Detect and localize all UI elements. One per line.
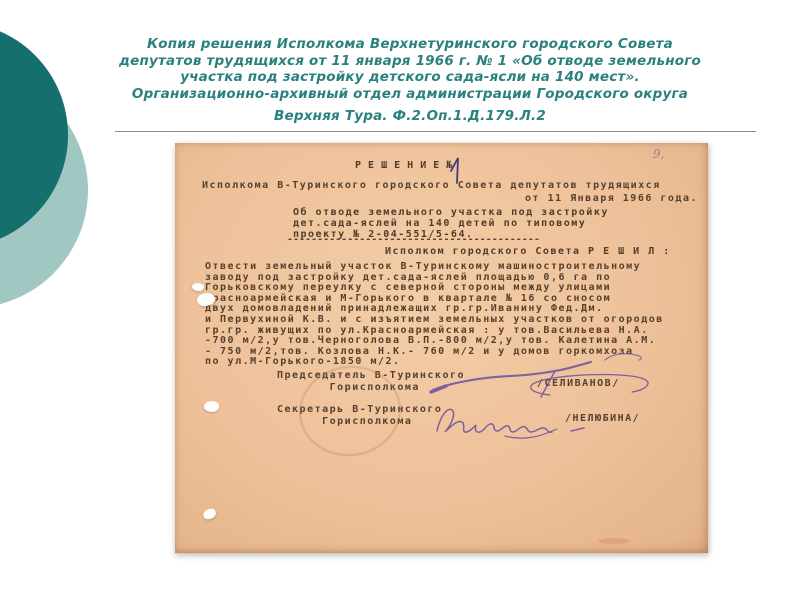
stamp-mark [294,360,405,461]
scanned-document: Р Е Ш Е Н И Е № Исполкома В-Туринского г… [175,143,708,553]
pen-tick [605,354,641,360]
separator-line [115,131,756,132]
signature-selivanov [431,362,648,397]
presentation-slide: Копия решения Исполкома Верхнетуринского… [0,0,800,600]
handwritten-ink-overlay [175,143,708,553]
slide-caption: Копия решения Исполкома Верхнетуринского… [80,36,740,102]
handwritten-number-1 [451,158,458,183]
signature-nelyubina [437,409,584,438]
archive-reference: Верхняя Тура. Ф.2.Оп.1.Д.179.Л.2 [80,108,740,124]
